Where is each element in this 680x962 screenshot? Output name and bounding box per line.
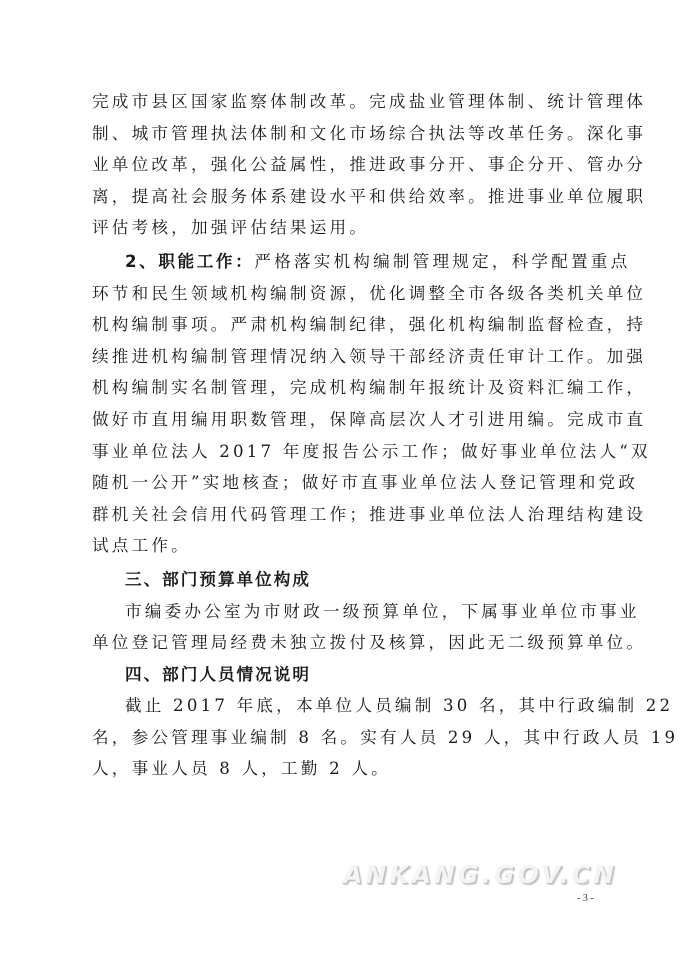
paragraph-line: 续推进机构编制管理情况纳入领导干部经济责任审计工作。加强 <box>92 341 597 373</box>
paragraph-line: 制、城市管理执法体制和文化市场综合执法等改革任务。深化事 <box>92 118 597 150</box>
page-number: - 3 - <box>577 893 594 904</box>
paragraph-line: 群机关社会信用代码管理工作；推进事业单位法人治理结构建设 <box>92 499 597 531</box>
section-heading: 四、部门人员情况说明 <box>92 659 597 691</box>
section3-budget-units: 三、部门预算单位构成 市编委办公室为市财政一级预算单位，下属事业单位市事业 单位… <box>92 564 597 659</box>
paragraph-line: 业单位改革，强化公益属性，推进政事分开、事企分开、管办分 <box>92 149 597 181</box>
paragraph-line: 离，提高社会服务体系建设水平和供给效率。推进事业单位履职 <box>92 181 597 213</box>
paragraph-line: 随机一公开”实地核查；做好市直事业单位法人登记管理和党政 <box>92 467 597 499</box>
paragraph-line: 人，事业人员 8 人，工勤 2 人。 <box>92 753 597 785</box>
paragraph-line: 市编委办公室为市财政一级预算单位，下属事业单位市事业 <box>92 596 597 628</box>
paragraph-line: 名，参公管理事业编制 8 名。实有人员 29 人，其中行政人员 19 <box>92 722 597 754</box>
item2-label: 2、职能工作： <box>125 252 254 271</box>
document-body: 完成市县区国家监察体制改革。完成盐业管理体制、统计管理体 制、城市管理执法体制和… <box>92 86 597 785</box>
paragraph-line: 环节和民生领域机构编制资源，优化调整全市各级各类机关单位 <box>92 278 597 310</box>
paragraph-line: 截止 2017 年底，本单位人员编制 30 名，其中行政编制 22 <box>92 690 597 722</box>
item2-functional-work: 2、职能工作：严格落实机构编制管理规定，科学配置重点 环节和民生领域机构编制资源… <box>92 246 597 562</box>
site-watermark: ANKANG.GOV.CN <box>343 860 617 889</box>
item2-first-line-text: 严格落实机构编制管理规定，科学配置重点 <box>254 252 630 271</box>
section-heading: 三、部门预算单位构成 <box>92 564 597 596</box>
paragraph-line: 事业单位法人 2017 年度报告公示工作；做好事业单位法人“双 <box>92 436 597 468</box>
paragraph-line: 完成市县区国家监察体制改革。完成盐业管理体制、统计管理体 <box>92 86 597 118</box>
paragraph-line: 机构编制事项。严肃机构编制纪律，强化机构编制监督检查，持 <box>92 309 597 341</box>
paragraph-line: 单位登记管理局经费未独立拨付及核算，因此无二级预算单位。 <box>92 627 597 659</box>
paragraph-line: 试点工作。 <box>92 530 597 562</box>
section4-staffing: 四、部门人员情况说明 截止 2017 年底，本单位人员编制 30 名，其中行政编… <box>92 659 597 785</box>
paragraph-line: 评估考核，加强评估结果运用。 <box>92 212 597 244</box>
item2-first-line: 2、职能工作：严格落实机构编制管理规定，科学配置重点 <box>92 246 597 278</box>
document-page: 完成市县区国家监察体制改革。完成盐业管理体制、统计管理体 制、城市管理执法体制和… <box>0 0 680 962</box>
section1-continuation: 完成市县区国家监察体制改革。完成盐业管理体制、统计管理体 制、城市管理执法体制和… <box>92 86 597 244</box>
paragraph-line: 做好市直用编用职数管理，保障高层次人才引进用编。完成市直 <box>92 404 597 436</box>
paragraph-line: 机构编制实名制管理，完成机构编制年报统计及资料汇编工作， <box>92 372 597 404</box>
